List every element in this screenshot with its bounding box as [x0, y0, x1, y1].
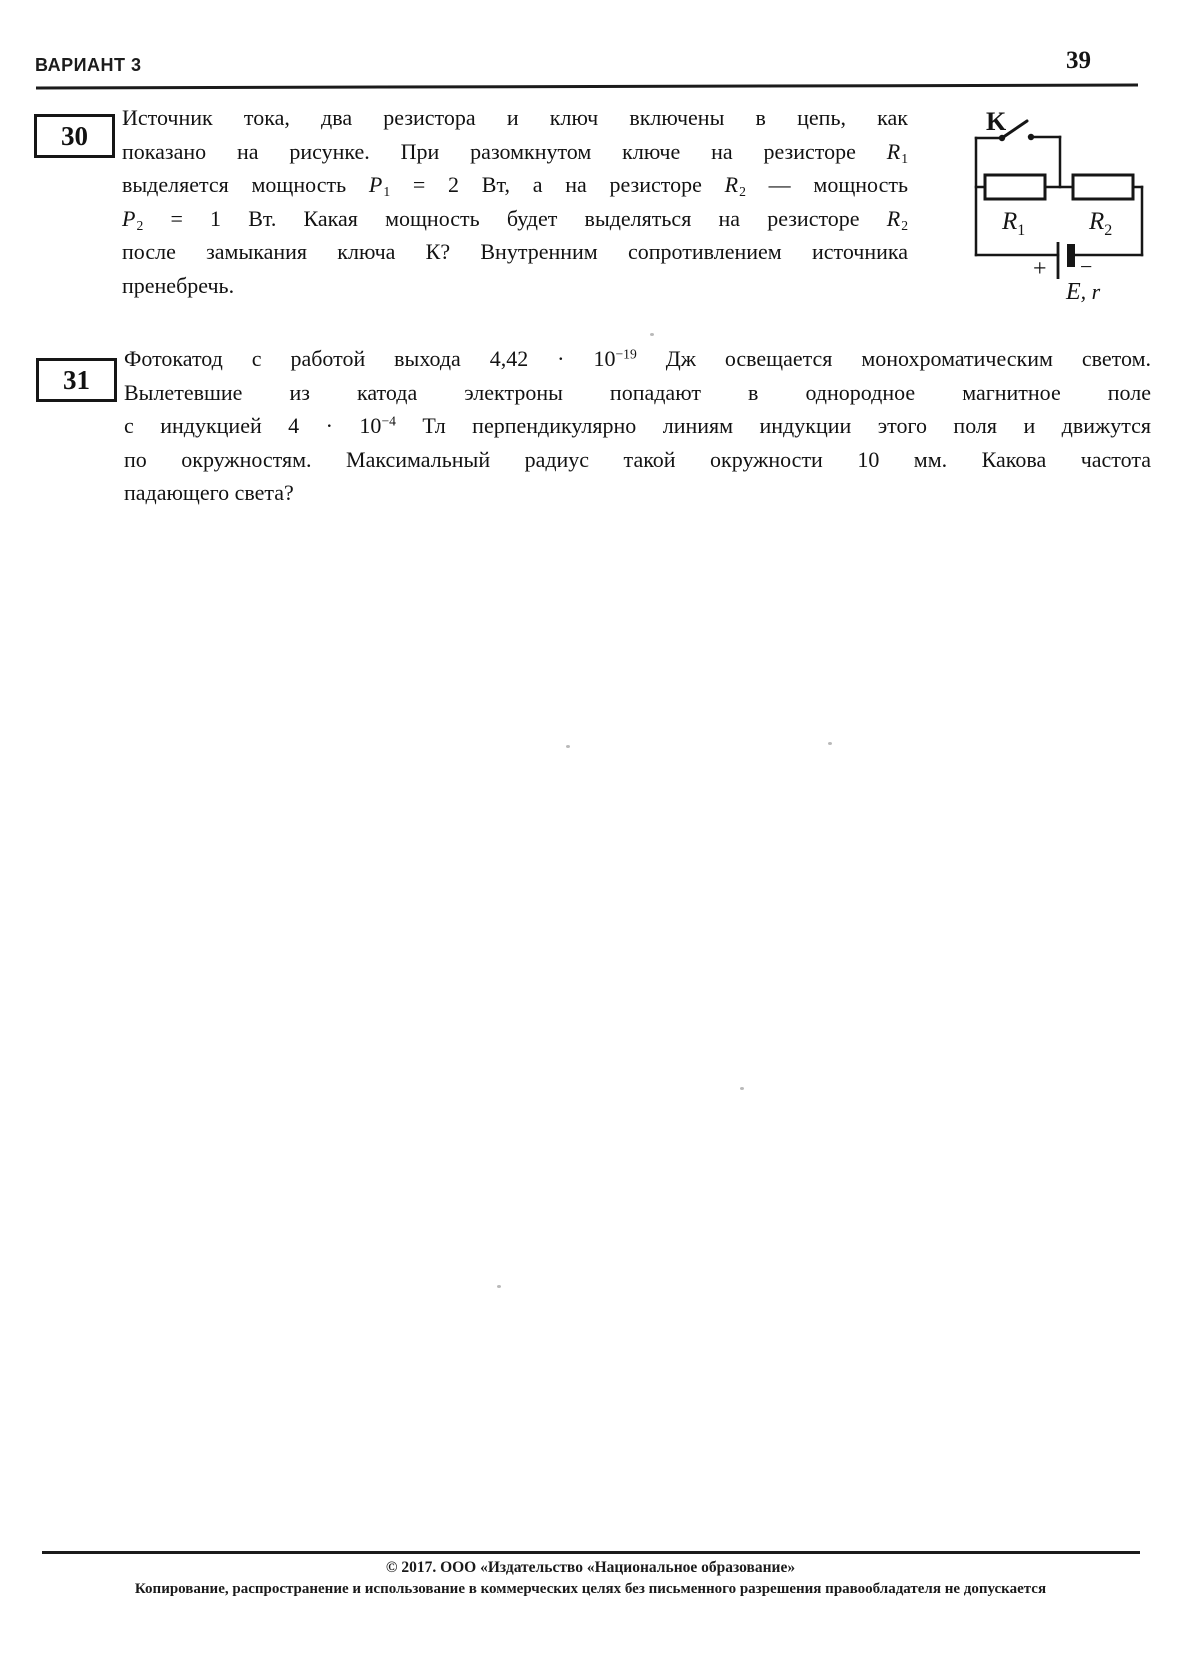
battery-minus-label: − [1080, 254, 1092, 279]
problem-text-line: P2 = 1 Вт. Какая мощность будет выделять… [122, 202, 908, 236]
emf-label: E, r [1065, 279, 1101, 305]
problem-text-line: падающего света? [124, 476, 1151, 510]
problem-31-number: 31 [63, 365, 90, 396]
switch-terminal-right [1028, 134, 1034, 140]
scan-speck [828, 742, 832, 745]
switch-k: K [986, 107, 1034, 141]
circuit-diagram: K R1 R2 + − E, r [928, 92, 1180, 307]
scanned-exam-page: ВАРИАНТ 3 39 30 Источник тока, два резис… [0, 0, 1181, 1654]
resistor-r1-label: R1 [1001, 208, 1025, 239]
problem-text-line: с индукцией 4 · 10−4 Тл перпендикулярно … [124, 409, 1151, 443]
switch-label: K [986, 107, 1007, 136]
problem-text-line: выделяется мощность P1 = 2 Вт, а на рези… [122, 168, 908, 202]
problem-text-line: по окружностям. Максимальный радиус тако… [124, 443, 1151, 477]
scan-speck [650, 333, 654, 336]
problem-text-line: показано на рисунке. При разомкнутом клю… [122, 135, 908, 169]
page-number: 39 [1066, 47, 1091, 75]
scan-speck [497, 1285, 501, 1288]
problem-30-number: 30 [61, 121, 88, 152]
resistor-r1 [985, 175, 1045, 199]
footer-notice: Копирование, распространение и использов… [0, 1581, 1181, 1598]
problem-30-text: Источник тока, два резистора и ключ вклю… [122, 101, 908, 302]
problem-text-line: Вылетевшие из катода электроны попадают … [124, 376, 1151, 410]
header-rule [36, 84, 1138, 90]
resistor-r2-label: R2 [1088, 208, 1112, 239]
problem-text-line: после замыкания ключа К? Внутренним сопр… [122, 235, 908, 269]
footer-rule [42, 1551, 1140, 1554]
problem-30-number-box: 30 [34, 114, 115, 158]
resistor-r2 [1073, 175, 1133, 199]
battery-plus-label: + [1033, 256, 1047, 282]
scan-speck [740, 1087, 744, 1090]
footer-copyright: © 2017. ООО «Издательство «Национальное … [0, 1559, 1181, 1577]
problem-31-text: Фотокатод с работой выхода 4,42 · 10−19 … [124, 342, 1151, 510]
problem-text-line: пренебречь. [122, 269, 908, 303]
battery: + − E, r [1033, 242, 1101, 305]
problem-text-line: Источник тока, два резистора и ключ вклю… [122, 101, 908, 135]
problem-text-line: Фотокатод с работой выхода 4,42 · 10−19 … [124, 342, 1151, 376]
variant-label: ВАРИАНТ 3 [35, 55, 142, 76]
problem-31-number-box: 31 [36, 358, 117, 402]
scan-speck [566, 745, 570, 748]
